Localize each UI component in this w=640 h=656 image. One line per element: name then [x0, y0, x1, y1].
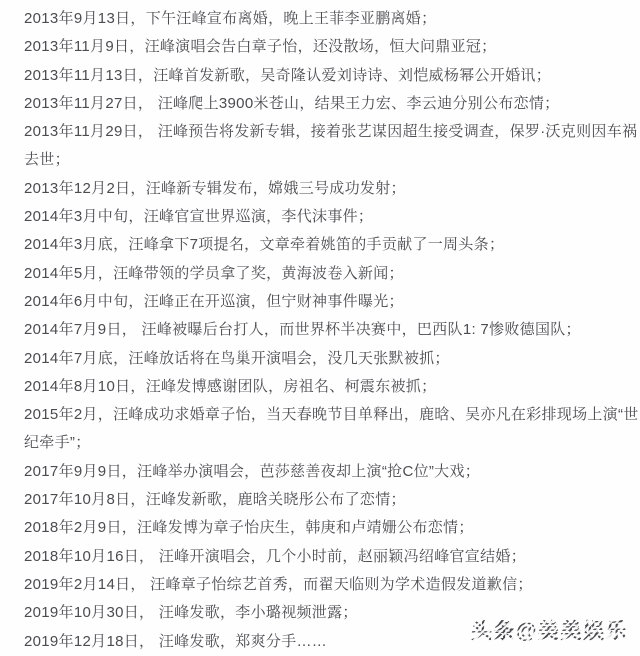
- timeline-row: 2017年9月9日，汪峰举办演唱会，芭莎慈善夜却上演“抢C位”大戏；: [24, 458, 634, 486]
- timeline-row: 2019年2月14日， 汪峰章子怡综艺首秀，而翟天临则为学术造假发道歉信；: [24, 571, 634, 599]
- timeline-row: 2013年11月13日，汪峰首发新歌，吴奇隆认爱刘诗诗、刘恺威杨幂公开婚讯；: [24, 62, 634, 90]
- timeline-row: 2013年12月2日，汪峰新专辑发布，嫦娥三号成功发射；: [24, 175, 634, 203]
- timeline-row: 2014年3月底，汪峰拿下7项提名，文章牵着姚笛的手贡献了一周头条；: [24, 231, 634, 259]
- timeline-row: 2018年10月16日， 汪峰开演唱会，几个小时前，赵丽颖冯绍峰官宣结婚；: [24, 543, 634, 571]
- timeline-row: 2014年5月，汪峰带领的学员拿了奖，黄海波卷入新闻；: [24, 260, 634, 288]
- timeline-row: 2014年8月10日，汪峰发博感谢团队，房祖名、柯震东被抓；: [24, 373, 634, 401]
- timeline-row: 2014年7月底，汪峰放话将在鸟巢开演唱会，没几天张默被抓；: [24, 345, 634, 373]
- toutiao-watermark: 头条@美美娱乐: [471, 615, 628, 645]
- timeline-row: 2014年6月中旬，汪峰正在开巡演，但宁财神事件曝光；: [24, 288, 634, 316]
- timeline-row: 2014年3月中旬，汪峰官宣世界巡演，李代沫事件；: [24, 203, 634, 231]
- timeline-row: 2015年2月，汪峰成功求婚章子怡，当天春晚节目单释出，鹿晗、吴亦凡在彩排现场上…: [24, 401, 634, 429]
- timeline-row: 2013年11月29日， 汪峰预告将发新专辑，接着张艺谋因超生接受调查，保罗·沃…: [24, 118, 634, 146]
- timeline-row: 2013年9月13日，下午汪峰宣布离婚，晚上王菲李亚鹏离婚；: [24, 5, 634, 33]
- timeline-row: 2014年7月9日， 汪峰被曝后台打人，而世界杯半决赛中，巴西队1: 7惨败德国…: [24, 316, 634, 344]
- timeline-row: 2013年11月9日，汪峰演唱会告白章子怡，还没散场，恒大问鼎亚冠；: [24, 33, 634, 61]
- timeline-row-continuation: 去世；: [24, 146, 634, 174]
- timeline-row-continuation: 纪牵手”；: [24, 429, 634, 457]
- article-body: 2013年9月13日，下午汪峰宣布离婚，晚上王菲李亚鹏离婚； 2013年11月9…: [0, 0, 640, 656]
- timeline-row: 2018年2月9日，汪峰发博为章子怡庆生，韩庚和卢靖姗公布恋情；: [24, 514, 634, 542]
- timeline-row: 2013年11月27日， 汪峰爬上3900米苍山，结果王力宏、李云迪分别公布恋情…: [24, 90, 634, 118]
- timeline-row: 2017年10月8日，汪峰发新歌，鹿晗关晓彤公布了恋情；: [24, 486, 634, 514]
